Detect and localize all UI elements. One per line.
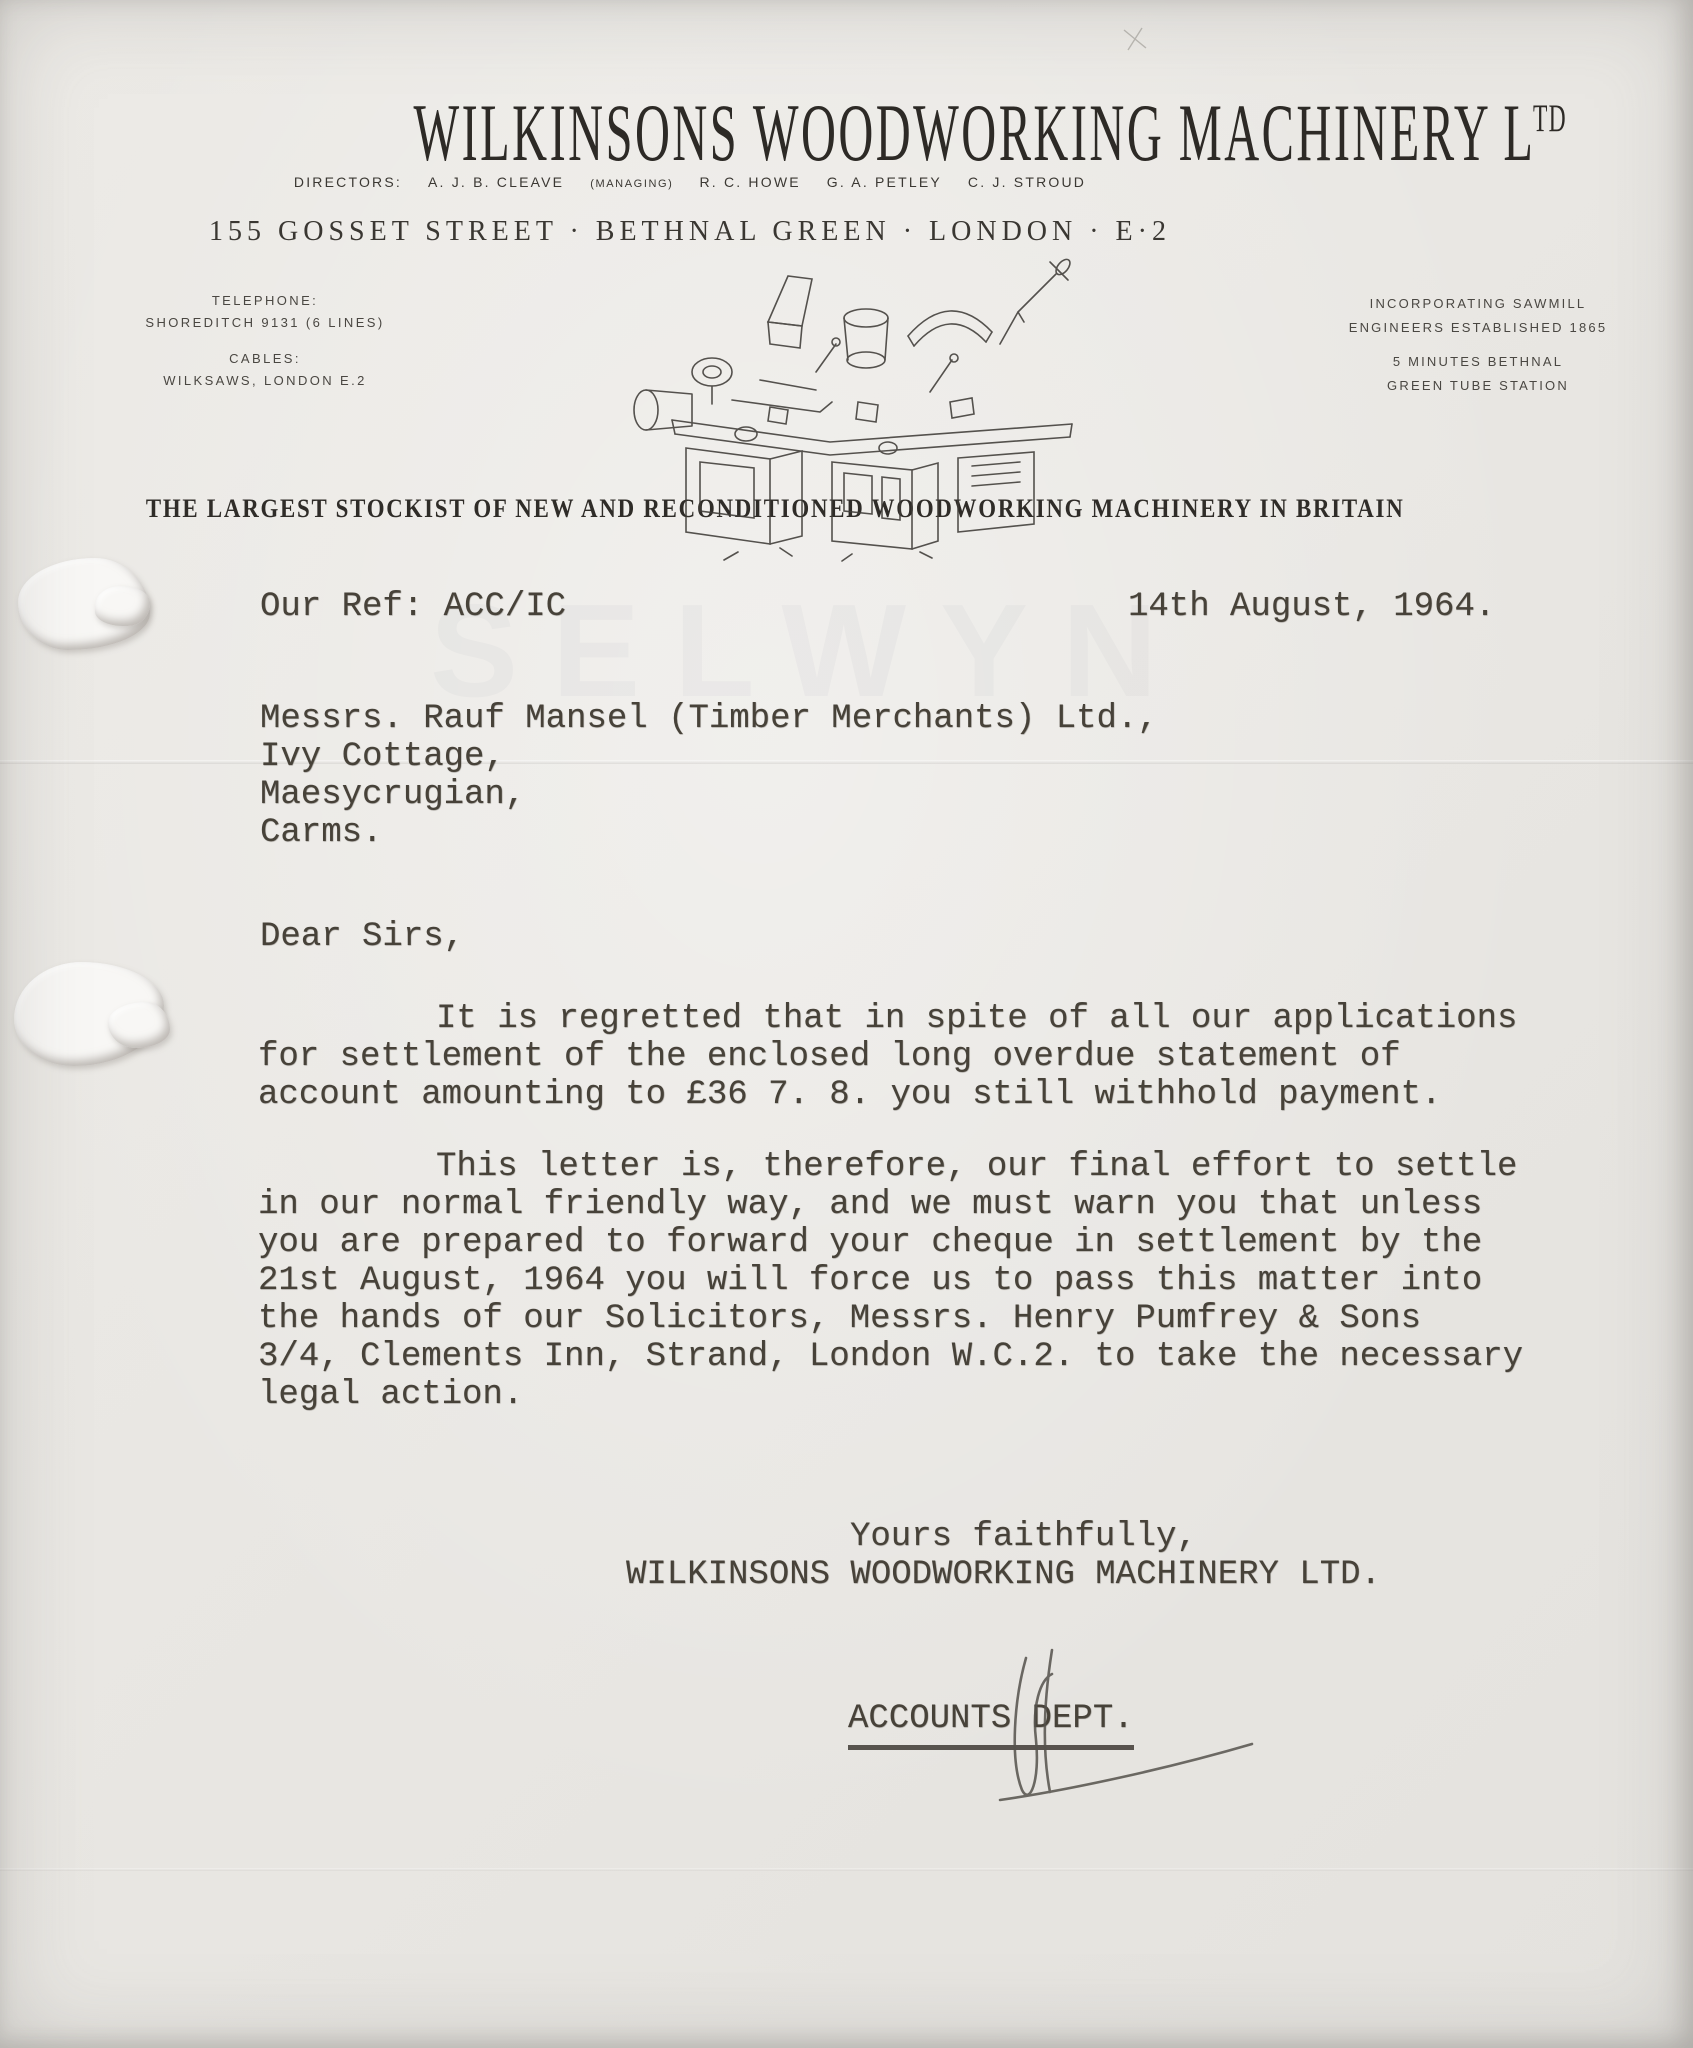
addressee-line: Maesycrugian, bbox=[260, 776, 1158, 814]
director-name: C. J. STROUD bbox=[968, 174, 1086, 190]
contact-block-right: INCORPORATING SAWMILL ENGINEERS ESTABLIS… bbox=[1330, 292, 1626, 398]
director-name: A. J. B. CLEAVE bbox=[428, 174, 564, 190]
reference-line: Our Ref: ACC/IC bbox=[260, 588, 566, 626]
typed-line: It is regretted that in spite of all our… bbox=[258, 1000, 1517, 1038]
typed-line: in our normal friendly way, and we must … bbox=[258, 1186, 1523, 1224]
street-address: 155 GOSSET STREET · BETHNAL GREEN · LOND… bbox=[60, 216, 1320, 248]
info-line: INCORPORATING SAWMILL bbox=[1330, 292, 1626, 316]
typed-line: legal action. bbox=[258, 1376, 1523, 1414]
closing-line: Yours faithfully, bbox=[850, 1518, 1197, 1556]
machinery-illustration bbox=[620, 252, 1090, 562]
typed-line: the hands of our Solicitors, Messrs. Hen… bbox=[258, 1300, 1523, 1338]
director-note: (MANAGING) bbox=[590, 178, 673, 190]
telephone-label: TELEPHONE: bbox=[100, 290, 430, 312]
typed-line: you are prepared to forward your cheque … bbox=[258, 1224, 1523, 1262]
company-name: WILKINSONS WOODWORKING MACHINERY LTD bbox=[60, 88, 1320, 178]
cables-value: WILKSAWS, LONDON E.2 bbox=[100, 370, 430, 392]
salutation: Dear Sirs, bbox=[260, 918, 464, 956]
typed-line: This letter is, therefore, our final eff… bbox=[258, 1148, 1523, 1186]
directors-label: DIRECTORS: bbox=[294, 174, 402, 190]
crease-mark bbox=[1122, 26, 1148, 52]
letter-page: SELWYN WILKINSONS WOODWORKING MACHINERY … bbox=[0, 0, 1693, 2048]
addressee-line: Ivy Cottage, bbox=[260, 738, 1158, 776]
director-name: R. C. HOWE bbox=[699, 174, 800, 190]
addressee-block: Messrs. Rauf Mansel (Timber Merchants) L… bbox=[260, 700, 1158, 852]
directors-line: DIRECTORS: A. J. B. CLEAVE (MANAGING) R.… bbox=[60, 174, 1320, 190]
info-line: ENGINEERS ESTABLISHED 1865 bbox=[1330, 316, 1626, 340]
date-line: 14th August, 1964. bbox=[1128, 588, 1495, 626]
paper-crease bbox=[0, 1868, 1693, 1871]
typed-line: account amounting to £36 7. 8. you still… bbox=[258, 1076, 1517, 1114]
company-name-text: WILKINSONS WOODWORKING MACHINERY bbox=[413, 87, 1491, 177]
contact-block-left: TELEPHONE: SHOREDITCH 9131 (6 LINES) CAB… bbox=[100, 290, 430, 392]
telephone-value: SHOREDITCH 9131 (6 LINES) bbox=[100, 312, 430, 334]
closing-company-line: WILKINSONS WOODWORKING MACHINERY LTD. bbox=[626, 1556, 1381, 1594]
addressee-line: Carms. bbox=[260, 814, 1158, 852]
company-suffix: L bbox=[1503, 87, 1533, 177]
paragraph-2: This letter is, therefore, our final eff… bbox=[258, 1148, 1523, 1414]
handwritten-initials bbox=[940, 1640, 1280, 1810]
typed-line: 21st August, 1964 you will force us to p… bbox=[258, 1262, 1523, 1300]
cables-label: CABLES: bbox=[100, 348, 430, 370]
info-line: 5 MINUTES BETHNAL bbox=[1330, 350, 1626, 374]
typed-line: for settlement of the enclosed long over… bbox=[258, 1038, 1517, 1076]
director-name: G. A. PETLEY bbox=[827, 174, 942, 190]
company-suffix-sup: TD bbox=[1533, 97, 1567, 141]
torn-hole bbox=[95, 586, 150, 626]
paragraph-1: It is regretted that in spite of all our… bbox=[258, 1000, 1517, 1114]
info-line: GREEN TUBE STATION bbox=[1330, 374, 1626, 398]
typed-line: 3/4, Clements Inn, Strand, London W.C.2.… bbox=[258, 1338, 1523, 1376]
addressee-line: Messrs. Rauf Mansel (Timber Merchants) L… bbox=[260, 700, 1158, 738]
torn-hole bbox=[108, 1002, 170, 1048]
